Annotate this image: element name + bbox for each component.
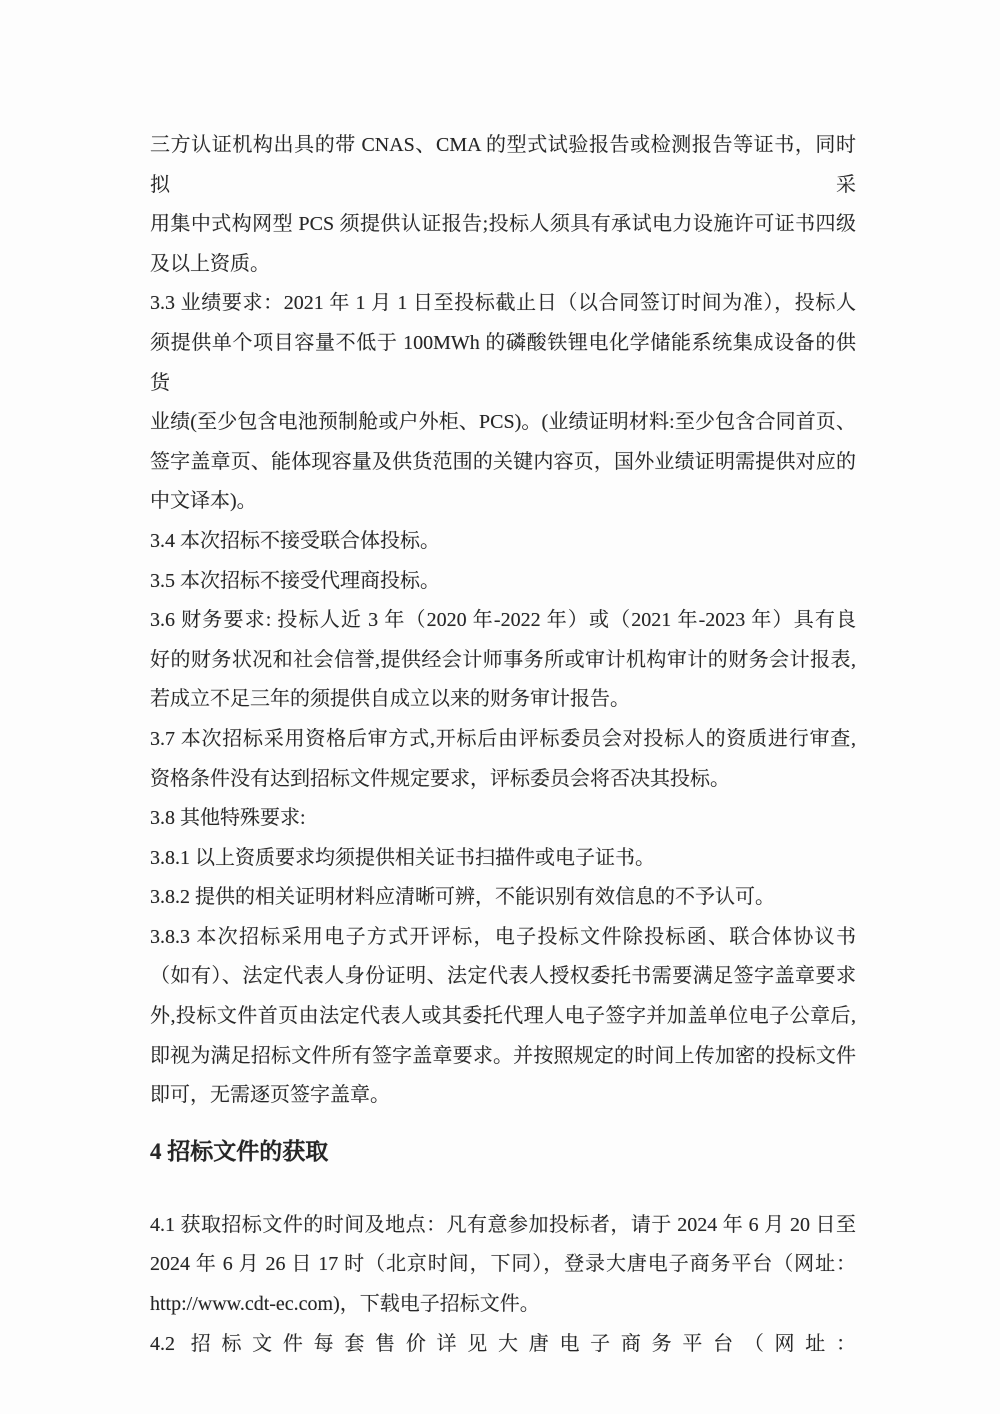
text-line: 资格条件没有达到招标文件规定要求，评标委员会将否决其投标。	[150, 760, 856, 800]
para-continuation-3-2: 三方认证机构出具的带 CNAS、CMA 的型式试验报告或检测报告等证书，同时拟采…	[150, 126, 856, 284]
text-line: 须提供单个项目容量不低于 100MWh 的磷酸铁锂电化学储能系统集成设备的供货	[150, 324, 856, 403]
text-line: 3.8.2 提供的相关证明材料应清晰可辨，不能识别有效信息的不予认可。	[150, 878, 856, 918]
text-line: 3.8.1 以上资质要求均须提供相关证书扫描件或电子证书。	[150, 839, 856, 879]
text-line: 3.6 财务要求: 投标人近 3 年（2020 年-2022 年）或（2021 …	[150, 601, 856, 641]
para-3-4: 3.4 本次招标不接受联合体投标。	[150, 522, 856, 562]
page-content: 三方认证机构出具的带 CNAS、CMA 的型式试验报告或检测报告等证书，同时拟采…	[150, 126, 856, 1364]
text-line: 3.8 其他特殊要求:	[150, 799, 856, 839]
text-line: 外,投标文件首页由法定代表人或其委托代理人电子签字并加盖单位电子公章后,	[150, 997, 856, 1037]
para-3-8-3: 3.8.3 本次招标采用电子方式开评标，电子投标文件除投标函、联合体协议书（如有…	[150, 918, 856, 1116]
text-line: 签字盖章页、能体现容量及供货范围的关键内容页，国外业绩证明需提供对应的	[150, 443, 856, 483]
para-4-2: 4.2 招标文件每套售价详见大唐电子商务平台（网址：	[150, 1325, 856, 1365]
text-line: 3.8.3 本次招标采用电子方式开评标，电子投标文件除投标函、联合体协议书	[150, 918, 856, 958]
document-page: 三方认证机构出具的带 CNAS、CMA 的型式试验报告或检测报告等证书，同时拟采…	[0, 0, 1000, 1414]
para-3-8-1: 3.8.1 以上资质要求均须提供相关证书扫描件或电子证书。	[150, 839, 856, 879]
text-line: 4 招标文件的获取	[150, 1132, 856, 1172]
text-line: 3.4 本次招标不接受联合体投标。	[150, 522, 856, 562]
para-3-5: 3.5 本次招标不接受代理商投标。	[150, 562, 856, 602]
text-line: 中文译本)。	[150, 482, 856, 522]
text-line: 3.5 本次招标不接受代理商投标。	[150, 562, 856, 602]
text-line: http://www.cdt-ec.com)，下载电子招标文件。	[150, 1285, 856, 1325]
para-3-3: 3.3 业绩要求：2021 年 1 月 1 日至投标截止日（以合同签订时间为准）…	[150, 284, 856, 522]
text-line: 3.7 本次招标采用资格后审方式,开标后由评标委员会对投标人的资质进行审查,	[150, 720, 856, 760]
para-3-8: 3.8 其他特殊要求:	[150, 799, 856, 839]
text-line: 3.3 业绩要求：2021 年 1 月 1 日至投标截止日（以合同签订时间为准）…	[150, 284, 856, 324]
para-3-7: 3.7 本次招标采用资格后审方式,开标后由评标委员会对投标人的资质进行审查,资格…	[150, 720, 856, 799]
para-4-1: 4.1 获取招标文件的时间及地点：凡有意参加投标者，请于 2024 年 6 月 …	[150, 1206, 856, 1325]
text-line: 业绩(至少包含电池预制舱或户外柜、PCS)。(业绩证明材料:至少包含合同首页、	[150, 403, 856, 443]
text-line: 好的财务状况和社会信誉,提供经会计师事务所或审计机构审计的财务会计报表,	[150, 641, 856, 681]
text-line: 即视为满足招标文件所有签字盖章要求。并按照规定的时间上传加密的投标文件	[150, 1037, 856, 1077]
text-line: 2024 年 6 月 26 日 17 时（北京时间，下同），登录大唐电子商务平台…	[150, 1245, 856, 1285]
text-line: （如有）、法定代表人身份证明、法定代表人授权委托书需要满足签字盖章要求	[150, 957, 856, 997]
para-3-8-2: 3.8.2 提供的相关证明材料应清晰可辨，不能识别有效信息的不予认可。	[150, 878, 856, 918]
text-line: 4.1 获取招标文件的时间及地点：凡有意参加投标者，请于 2024 年 6 月 …	[150, 1206, 856, 1246]
text-line: 即可，无需逐页签字盖章。	[150, 1076, 856, 1116]
text-line: 三方认证机构出具的带 CNAS、CMA 的型式试验报告或检测报告等证书，同时拟采	[150, 126, 856, 205]
heading-section-4: 4 招标文件的获取	[150, 1132, 856, 1172]
text-line: 若成立不足三年的须提供自成立以来的财务审计报告。	[150, 680, 856, 720]
para-3-6: 3.6 财务要求: 投标人近 3 年（2020 年-2022 年）或（2021 …	[150, 601, 856, 720]
text-line: 用集中式构网型 PCS 须提供认证报告;投标人须具有承试电力设施许可证书四级	[150, 205, 856, 245]
text-line: 及以上资质。	[150, 245, 856, 285]
text-line: 4.2 招标文件每套售价详见大唐电子商务平台（网址：	[150, 1325, 856, 1365]
